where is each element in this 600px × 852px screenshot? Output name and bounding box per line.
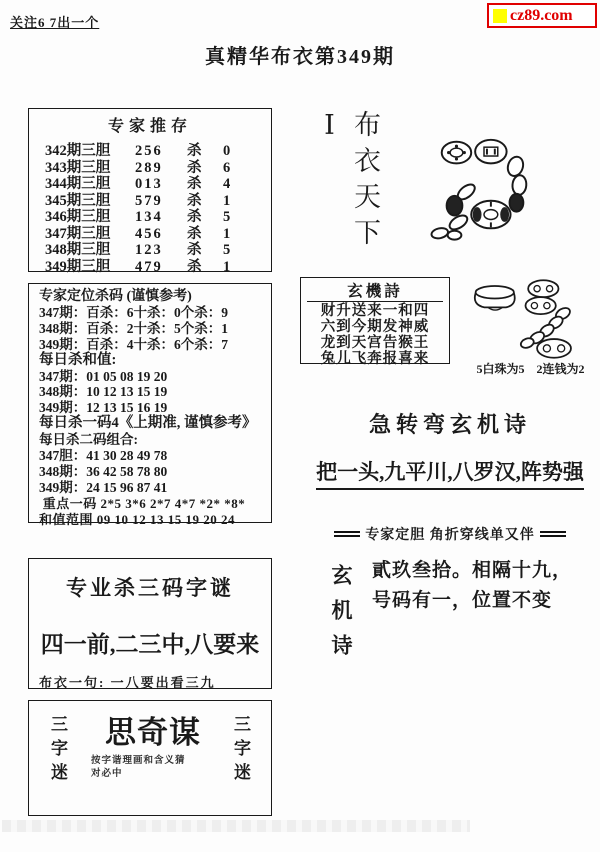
daily-sum-row: 348期：10 12 13 15 19 [39,384,271,400]
three-char-answer: 思奇谋 [87,707,219,752]
double-bar-icon [334,531,360,537]
daily-sum-row: 349期：12 13 15 16 19 [39,400,271,416]
daily-two-row: 349期：24 15 96 87 41 [39,480,271,496]
poem-line: 六到今期发神威 [301,319,449,335]
kill-row: 348期：百杀：2十杀：5个杀：1 [39,321,271,337]
daily-one-code: 每日杀一码4《上期准, 谨慎参考》 [39,416,271,432]
mystery-poem-title: 玄機詩 [307,279,443,302]
kill-value: 1 [223,226,243,243]
sum-range-values: 09 10 12 13 15 19 20 24 [97,512,235,527]
period-cell: 347期三胆 [45,226,135,243]
picks-cell: 479 [135,259,187,276]
kill-label: 杀 [187,259,223,276]
expert-picks-title: 专家推存 [29,113,271,136]
period-cell: 344期三胆 [45,176,135,193]
riddle-title: 专业杀三码字谜 [29,572,271,602]
kill-label: 杀 [187,193,223,210]
kill-label: 杀 [187,242,223,259]
table-row: 348期三胆123杀5 [29,242,271,259]
sharp-turn-line: 把一头,九平川,八罗汉,阵势强 [316,456,584,490]
daily-sum-row: 347期：01 05 08 19 20 [39,369,271,385]
riddle-note: 布衣一句: 一八要出看三九 [39,672,271,691]
three-char-note-line1: 按字谐理画和含义猜 [91,755,186,768]
period-cell: 348期三胆 [45,242,135,259]
expert-picks-box: 专家推存 342期三胆256杀0 343期三胆289杀6 344期三胆013杀4… [28,108,272,272]
key-one-code-row: 重点一码 2*5 3*6 2*7 4*7 *2* *8* [39,496,271,512]
mystery-poem-box: 玄機詩 财升送来一和四 六到今期发神威 龙到天宫告猴王 兔儿飞奔报喜来 [300,277,450,364]
table-row: 343期三胆289杀6 [29,160,271,177]
bottom-poem-text: 貳玖叁拾。相隔十九， 号码有一，位置不变 [372,556,594,616]
kill-row: 349期：百杀：4十杀：6个杀：7 [39,337,271,353]
daily-two-title: 每日杀二码组合: [39,432,271,448]
coin-string-drawing [425,132,543,242]
logo-yellow-square-icon [493,9,507,23]
focus-note: 关注6 7出一个 [10,12,99,31]
mystery-poem-vertical-label: 玄机诗 [326,564,356,694]
table-row: 342期三胆256杀0 [29,143,271,160]
site-logo-text: cz89.com [510,7,573,25]
three-char-riddle-box: 三字迷 思奇谋 按字谐理画和含义猜 对必中 三字迷 [28,700,272,816]
three-char-label-right: 三字迷 [228,715,253,810]
kill-label: 杀 [187,143,223,160]
period-cell: 345期三胆 [45,193,135,210]
picks-cell: 256 [135,143,187,160]
sum-range-row: 和值范围 09 10 12 13 15 19 20 24 [39,512,271,528]
table-row: 346期三胆134杀5 [29,209,271,226]
table-row: 347期三胆456杀1 [29,226,271,243]
period-cell: 342期三胆 [45,143,135,160]
three-char-note-line2: 对必中 [91,768,186,781]
buyi-tianxia-banner: 布衣天下Ⅰ [314,110,385,290]
daily-sum-title: 每日杀和值: [39,353,271,369]
table-row: 344期三胆013杀4 [29,176,271,193]
three-code-riddle-box: 专业杀三码字谜 四一前,二三中,八要来 布衣一句: 一八要出看三九 [28,558,272,689]
kill-value: 1 [223,193,243,210]
kill-value: 6 [223,160,243,177]
kill-label: 杀 [187,160,223,177]
table-row: 345期三胆579杀1 [29,193,271,210]
poem-line: 兔儿飞奔报喜来 [301,351,449,367]
ingot-coins-drawing [463,278,588,360]
page-title: 真精华布衣第349期 [0,40,600,69]
three-char-note: 按字谐理画和含义猜 对必中 [91,755,186,781]
kill-value: 5 [223,209,243,226]
picks-cell: 456 [135,226,187,243]
site-logo[interactable]: cz89.com [487,3,597,28]
bottom-poem-line1: 貳玖叁拾。相隔十九， [372,556,594,586]
daily-two-row: 347胆：41 30 28 49 78 [39,448,271,464]
poem-line: 财升送来一和四 [301,303,449,319]
key-one-code-values: 2*5 3*6 2*7 4*7 *2* *8* [101,496,246,511]
period-cell: 346期三胆 [45,209,135,226]
kill-value: 4 [223,176,243,193]
sharp-turn-line-wrap: 把一头,九平川,八罗汉,阵势强 [300,456,600,490]
picks-cell: 123 [135,242,187,259]
footer-watermark [2,820,470,832]
tip-sheet-page: 关注6 7出一个 cz89.com 真精华布衣第349期 专家推存 342期三胆… [0,0,600,852]
sharp-turn-title: 急转弯玄机诗 [300,408,600,439]
kill-label: 杀 [187,209,223,226]
double-bar-icon [540,531,566,537]
kill-row: 347期：百杀：6十杀：0个杀：9 [39,305,271,321]
three-char-label-left: 三字迷 [45,715,70,810]
sum-range-label: 和值范围 [39,512,93,527]
picks-cell: 579 [135,193,187,210]
daily-two-row: 348期：36 42 58 78 80 [39,464,271,480]
period-cell: 349期三胆 [45,259,135,276]
expert-picks-table: 342期三胆256杀0 343期三胆289杀6 344期三胆013杀4 345期… [29,143,271,275]
drawing-caption: 5白珠为5 2连钱为2 [458,360,600,377]
kill-value: 5 [223,242,243,259]
key-one-code-label: 重点一码 [43,496,97,511]
picks-cell: 289 [135,160,187,177]
table-row: 349期三胆479杀1 [29,259,271,276]
riddle-main-line: 四一前,二三中,八要来 [29,626,271,659]
kill-label: 杀 [187,226,223,243]
period-cell: 343期三胆 [45,160,135,177]
kill-value: 1 [223,259,243,276]
expert-tip-row: 专家定胆 角折穿线单又伴 [300,524,600,544]
poem-line: 龙到天宫告猴王 [301,335,449,351]
position-kill-box: 专家定位杀码 (谨慎参考) 347期：百杀：6十杀：0个杀：9 348期：百杀：… [28,283,272,523]
picks-cell: 134 [135,209,187,226]
expert-tip-text: 专家定胆 角折穿线单又伴 [365,524,535,544]
bottom-poem-line2: 号码有一，位置不变 [372,586,594,616]
position-kill-title: 专家定位杀码 (谨慎参考) [39,289,271,305]
kill-label: 杀 [187,176,223,193]
picks-cell: 013 [135,176,187,193]
kill-value: 0 [223,143,243,160]
